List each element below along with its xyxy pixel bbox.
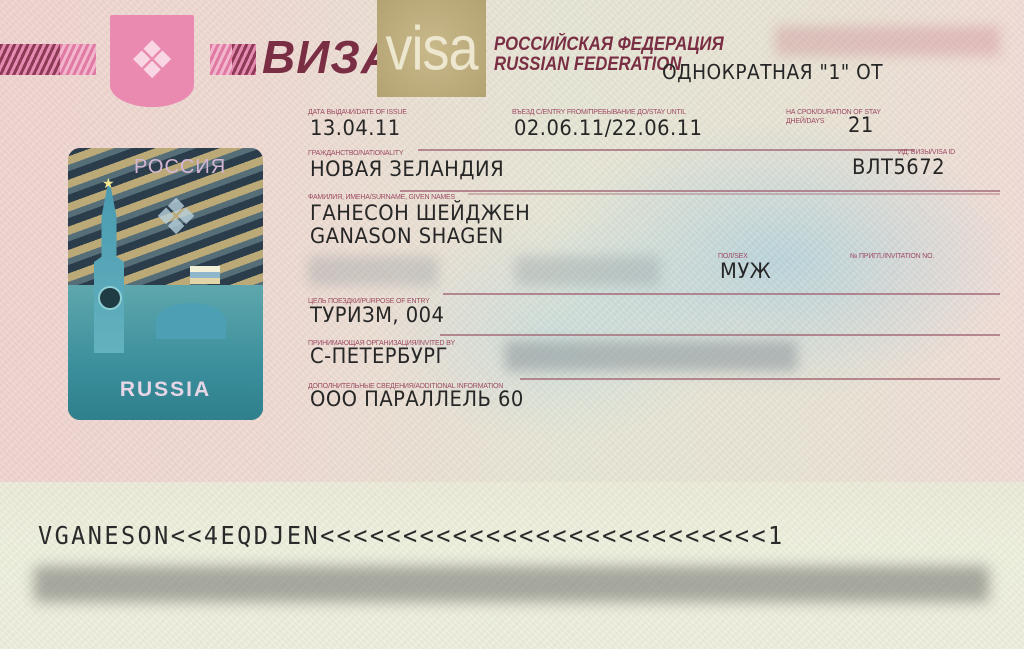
date-of-issue-value: 13.04.11 bbox=[310, 116, 401, 140]
divider bbox=[468, 193, 1000, 195]
redacted-region bbox=[505, 341, 797, 371]
hologram-bottom-text: RUSSIA bbox=[68, 378, 263, 402]
duration-value: 21 bbox=[848, 113, 874, 137]
divider bbox=[418, 149, 914, 151]
hologram: РОССИЯ ❖ ★ RUSSIA bbox=[68, 148, 263, 420]
decor-stripe bbox=[210, 44, 232, 75]
divider bbox=[440, 334, 1000, 336]
decor-stripe bbox=[232, 44, 256, 75]
flag-icon bbox=[190, 266, 220, 284]
hologram-top-text: РОССИЯ bbox=[134, 156, 226, 179]
visa-title-box: visa bbox=[377, 0, 486, 97]
invitation-label: № ПРИГЛ./INVITATION No. bbox=[850, 253, 934, 260]
redacted-region bbox=[775, 26, 1000, 56]
visa-category: ОДНОКРАТНАЯ "1" ОТ bbox=[662, 60, 883, 84]
divider bbox=[680, 293, 1000, 295]
duration-sublabel: ДНЕЙ/DAYS bbox=[786, 118, 824, 125]
dome-building bbox=[156, 303, 226, 339]
kremlin-tower bbox=[94, 178, 124, 353]
entry-stay-value: 02.06.11/22.06.11 bbox=[514, 116, 702, 140]
nationality-label: ГРАЖДАНСТВО/NATIONALITY bbox=[308, 150, 403, 157]
double-headed-eagle-icon: ❖ bbox=[146, 188, 206, 258]
visa-document: ❖ ВИЗА visa РОССИЙСКАЯ ФЕДЕРАЦИЯ RUSSIAN… bbox=[0, 0, 1024, 649]
purpose-value: ТУРИЗМ, 004 bbox=[310, 303, 444, 327]
mrz-line-1: VGANESON<<4EQDJEN<<<<<<<<<<<<<<<<<<<<<<<… bbox=[38, 521, 785, 550]
divider bbox=[443, 293, 680, 295]
double-headed-eagle-icon: ❖ bbox=[110, 15, 194, 107]
issuer-ru: РОССИЙСКАЯ ФЕДЕРАЦИЯ bbox=[494, 35, 724, 55]
entry-stay-label: ВЪЕЗД С/ENTRY FROM/ПРЕБЫВАНИЕ ДО/STAY UN… bbox=[512, 109, 686, 116]
invited-by-value: С-ПЕТЕРБУРГ bbox=[310, 344, 448, 368]
redacted-region bbox=[308, 256, 438, 286]
divider bbox=[400, 190, 1000, 192]
additional-info-value: ООО ПАРАЛЛЕЛЬ 60 bbox=[310, 387, 524, 411]
sex-value: МУЖ bbox=[720, 259, 771, 283]
date-of-issue-label: ДАТА ВЫДАЧИ/DATE OF ISSUE bbox=[308, 109, 407, 116]
clock-icon bbox=[98, 286, 122, 310]
name-ru-value: ГАНЕСОН ШЕЙДЖЕН bbox=[310, 201, 530, 225]
nationality-value: НОВАЯ ЗЕЛАНДИЯ bbox=[310, 157, 504, 181]
decor-stripe bbox=[60, 44, 96, 75]
redacted-region bbox=[515, 256, 660, 286]
name-en-value: GANASON SHAGEN bbox=[310, 224, 504, 248]
name-label: ФАМИЛИЯ, ИМЕНА/SURNAME, GIVEN NAMES bbox=[308, 194, 455, 201]
visa-id-value: ВЛТ5672 bbox=[852, 155, 945, 179]
decor-stripe bbox=[0, 44, 60, 75]
visa-title-ru: ВИЗА bbox=[262, 30, 395, 84]
star-icon: ★ bbox=[102, 176, 115, 192]
visa-title-en: visa bbox=[385, 13, 477, 84]
divider bbox=[520, 378, 1000, 380]
mrz-line-2-redacted bbox=[34, 566, 989, 602]
